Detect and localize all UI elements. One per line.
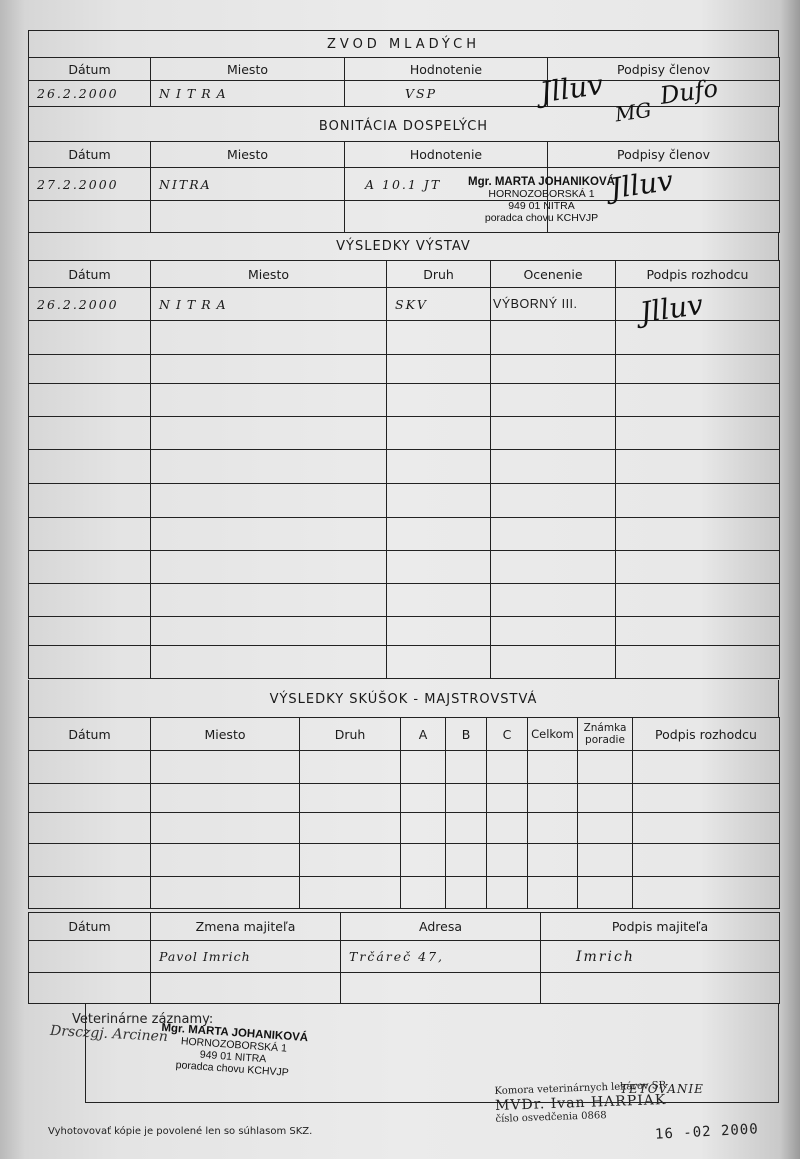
cell-podpis-rozhodcu[interactable] [633,877,780,909]
section-title-zvod-mladych: ZVOD MLADÝCH [28,30,779,57]
cell-druh[interactable] [387,355,491,384]
cell-druh[interactable] [387,518,491,551]
cell-druh[interactable] [300,813,401,844]
cell-datum[interactable] [29,417,151,450]
cell-podpis-rozhodcu[interactable] [616,288,780,321]
cell-miesto[interactable]: NITRA [151,288,387,321]
cell-miesto[interactable] [151,518,387,551]
cell-podpis-rozhodcu[interactable] [616,551,780,584]
cell-datum[interactable] [29,384,151,417]
cell-ocenenie[interactable] [491,518,616,551]
cell-miesto[interactable] [151,551,387,584]
cell-miesto[interactable] [151,646,387,679]
header-ocenenie: Ocenenie [491,261,616,288]
cell-podpis-rozhodcu[interactable] [616,518,780,551]
cell-znamka[interactable] [578,813,633,844]
cell-c[interactable] [487,877,528,909]
cell-datum[interactable] [29,941,151,973]
cell-miesto[interactable]: NITRA [151,81,345,107]
header-c: C [487,718,528,751]
cell-druh[interactable] [387,450,491,484]
cell-ocenenie[interactable] [491,617,616,646]
cell-znamka[interactable] [578,844,633,877]
table-row [29,384,780,417]
table-row [29,844,780,877]
cell-druh[interactable] [387,617,491,646]
cell-datum[interactable] [29,484,151,518]
cell-a[interactable] [401,877,446,909]
cell-datum[interactable] [29,813,151,844]
footer-note: Vyhotovovať kópie je povolené len so súh… [48,1126,312,1137]
cell-zmena-majitela[interactable] [151,973,341,1004]
cell-podpis-majitela[interactable]: Imrich [541,941,780,973]
cell-c[interactable] [487,784,528,813]
vet-advisor-stamp: Mgr. MARTA JOHANIKOVÁ HORNOZOBORSKÁ 1 94… [159,1022,309,1080]
cell-druh[interactable] [387,584,491,617]
header-a: A [401,718,446,751]
cell-adresa[interactable]: Trčáreč 47, [341,941,541,973]
cell-miesto[interactable] [151,321,387,355]
cell-druh[interactable] [387,417,491,450]
cell-miesto[interactable] [151,384,387,417]
cell-druh[interactable] [300,784,401,813]
cell-podpis-rozhodcu[interactable] [616,384,780,417]
cell-a[interactable] [401,751,446,784]
cell-zmena-majitela[interactable]: Pavol Imrich [151,941,341,973]
cell-miesto[interactable] [151,784,300,813]
table-row [29,584,780,617]
cell-znamka[interactable] [578,877,633,909]
table-row [29,646,780,679]
header-datum: Dátum [29,913,151,941]
cell-a[interactable] [401,813,446,844]
cell-podpis-rozhodcu[interactable] [616,484,780,518]
cell-podpis-rozhodcu[interactable] [616,355,780,384]
table-row [29,617,780,646]
cell-adresa[interactable] [341,973,541,1004]
section-title-skusok: VÝSLEDKY SKÚŠOK - MAJSTROVSTVÁ [28,680,779,717]
cell-miesto[interactable] [151,417,387,450]
cell-znamka[interactable] [578,784,633,813]
table-row: 26.2.2000NITRASKVVÝBORNÝ III. [29,288,780,321]
cell-ocenenie[interactable] [491,450,616,484]
table-row [29,551,780,584]
cell-hodnotenie[interactable]: VSP [345,81,548,107]
cell-datum[interactable]: 26.2.2000 [29,81,151,107]
date-stamp: 16 -02 2000 [655,1121,759,1142]
cell-podpis-rozhodcu[interactable] [633,751,780,784]
stamp-role: poradca chovu KCHVJP [468,212,615,224]
cell-druh[interactable] [387,321,491,355]
cell-podpis-majitela[interactable] [541,973,780,1004]
cell-druh[interactable] [300,877,401,909]
zvod-mladych-table: Dátum Miesto Hodnotenie Podpisy členov 2… [28,57,780,107]
cell-miesto[interactable] [151,584,387,617]
table-row [29,751,780,784]
cell-celkom[interactable] [528,751,578,784]
table-row [29,417,780,450]
table-row [29,450,780,484]
cell-miesto[interactable] [151,617,387,646]
cell-datum[interactable] [29,518,151,551]
cell-celkom[interactable] [528,877,578,909]
cell-ocenenie[interactable]: VÝBORNÝ III. [491,288,616,321]
table-row [29,321,780,355]
section-title-bonitacia: BONITÁCIA DOSPELÝCH [28,112,779,141]
cell-c[interactable] [487,813,528,844]
table-row [29,784,780,813]
cell-podpis-rozhodcu[interactable] [616,450,780,484]
table-row [29,355,780,384]
header-hodnotenie: Hodnotenie [345,142,548,168]
cell-ocenenie[interactable] [491,484,616,518]
header-druh: Druh [300,718,401,751]
header-b: B [446,718,487,751]
cell-miesto[interactable] [151,877,300,909]
cell-podpis-rozhodcu[interactable] [633,813,780,844]
cell-b[interactable] [446,813,487,844]
table-row [29,484,780,518]
cell-datum[interactable] [29,201,151,233]
zmena-majitela-table: Dátum Zmena majiteľa Adresa Podpis majit… [28,912,780,1004]
stamp-street: HORNOZOBORSKÁ 1 [468,188,615,200]
header-hodnotenie: Hodnotenie [345,58,548,81]
cell-podpis-rozhodcu[interactable] [616,417,780,450]
cell-podpis-rozhodcu[interactable] [616,646,780,679]
cell-celkom[interactable] [528,813,578,844]
cell-miesto[interactable] [151,813,300,844]
bonitacia-table: Dátum Miesto Hodnotenie Podpisy členov 2… [28,141,780,233]
header-datum: Dátum [29,718,151,751]
cell-miesto[interactable] [151,201,345,233]
header-podpis-rozhodcu: Podpis rozhodcu [633,718,780,751]
cell-druh[interactable] [300,844,401,877]
cell-druh[interactable] [387,551,491,584]
cell-podpis-rozhodcu[interactable] [633,844,780,877]
section-title-vystav: VÝSLEDKY VÝSTAV [28,232,779,260]
stamp-name: Mgr. MARTA JOHANIKOVÁ [468,176,615,188]
cell-datum[interactable] [29,844,151,877]
cell-a[interactable] [401,844,446,877]
cell-c[interactable] [487,751,528,784]
cell-ocenenie[interactable] [491,417,616,450]
header-miesto: Miesto [151,58,345,81]
cell-podpis-rozhodcu[interactable] [633,784,780,813]
header-podpis-majitela: Podpis majiteľa [541,913,780,941]
header-zmena-majitela: Zmena majiteľa [151,913,341,941]
header-celkom: Celkom [528,718,578,751]
table-row [29,518,780,551]
cell-datum[interactable] [29,321,151,355]
header-podpisy: Podpisy členov [548,58,780,81]
cell-datum[interactable]: 26.2.2000 [29,288,151,321]
cell-miesto[interactable] [151,751,300,784]
cell-miesto[interactable] [151,844,300,877]
cell-druh[interactable] [387,646,491,679]
header-druh: Druh [387,261,491,288]
cell-podpis-rozhodcu[interactable] [616,617,780,646]
table-row [29,877,780,909]
cell-datum[interactable] [29,973,151,1004]
cell-ocenenie[interactable] [491,355,616,384]
cell-podpis-rozhodcu[interactable] [616,321,780,355]
tetovanie-stamp: TETOVANIE [620,1082,704,1096]
cell-ocenenie[interactable] [491,584,616,617]
cell-druh[interactable] [300,751,401,784]
stamp-city: 949 01 NITRA [468,200,615,212]
skusok-table: Dátum Miesto Druh A B C Celkom Známka po… [28,717,780,909]
cell-a[interactable] [401,784,446,813]
cell-druh[interactable]: SKV [387,288,491,321]
table-row [29,813,780,844]
cell-datum[interactable] [29,617,151,646]
header-miesto: Miesto [151,718,300,751]
cell-datum[interactable]: 27.2.2000 [29,168,151,201]
cell-datum[interactable] [29,584,151,617]
advisor-stamp: Mgr. MARTA JOHANIKOVÁ HORNOZOBORSKÁ 1 94… [468,176,615,224]
cell-datum[interactable] [29,646,151,679]
cell-ocenenie[interactable] [491,646,616,679]
cell-znamka[interactable] [578,751,633,784]
cell-b[interactable] [446,751,487,784]
cell-druh[interactable] [387,484,491,518]
cell-b[interactable] [446,877,487,909]
cell-miesto[interactable] [151,355,387,384]
cell-podpisy[interactable] [548,81,780,107]
header-datum: Dátum [29,142,151,168]
cell-b[interactable] [446,844,487,877]
cell-ocenenie[interactable] [491,551,616,584]
cell-datum[interactable] [29,551,151,584]
header-podpis-rozhodcu: Podpis rozhodcu [616,261,780,288]
vystav-table: Dátum Miesto Druh Ocenenie Podpis rozhod… [28,260,780,679]
cell-ocenenie[interactable] [491,384,616,417]
cell-datum[interactable] [29,450,151,484]
cell-celkom[interactable] [528,844,578,877]
header-datum: Dátum [29,58,151,81]
cell-podpis-rozhodcu[interactable] [616,584,780,617]
cell-datum[interactable] [29,751,151,784]
cell-miesto[interactable]: NITRA [151,168,345,201]
cell-ocenenie[interactable] [491,321,616,355]
cell-miesto[interactable] [151,484,387,518]
header-znamka-poradie: Známka poradie [578,718,633,751]
cell-datum[interactable] [29,784,151,813]
cell-b[interactable] [446,784,487,813]
header-miesto: Miesto [151,142,345,168]
header-miesto: Miesto [151,261,387,288]
cell-datum[interactable] [29,355,151,384]
cell-datum[interactable] [29,877,151,909]
header-datum: Dátum [29,261,151,288]
cell-c[interactable] [487,844,528,877]
header-adresa: Adresa [341,913,541,941]
header-podpisy: Podpisy členov [548,142,780,168]
cell-miesto[interactable] [151,450,387,484]
cell-druh[interactable] [387,384,491,417]
cell-celkom[interactable] [528,784,578,813]
